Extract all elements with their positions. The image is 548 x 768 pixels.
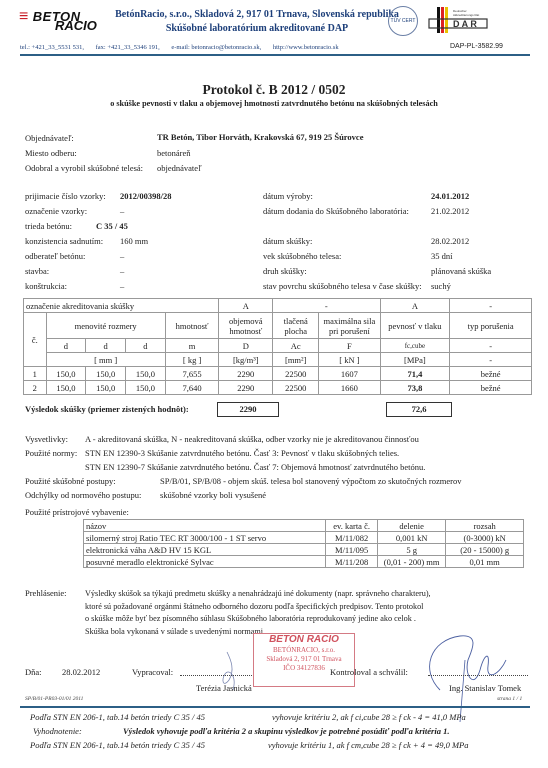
result-cell-type: bežné <box>450 381 532 395</box>
sampled-by-label: Odobral a vyrobil skúšobné telesá: <box>25 163 143 173</box>
criterion-2-rule: vyhovuje kritériu 2, ak f ci,cube 28 ≥ f… <box>272 712 466 722</box>
evaluation-label: Vyhodnotenie: <box>33 726 82 736</box>
unit-kg: [ kg ] <box>165 353 219 367</box>
symbol-d2: d <box>86 339 126 353</box>
criterion-1-basis: Podľa STN EN 206-1, tab.14 betón triedy … <box>30 740 205 750</box>
declaration-line: ktoré sú požadované orgánmi štátneho odb… <box>85 601 431 614</box>
result-cell-m: 7,655 <box>165 367 219 381</box>
procedures-label: Použité skúšobné postupy: <box>25 476 116 486</box>
col-number: č. <box>24 313 47 367</box>
equipment-cell: posuvné meradlo elektronické Sylvac <box>84 556 326 568</box>
result-cell-d3: 150,0 <box>126 381 166 395</box>
equipment-cell: 0,01 mm <box>446 556 524 568</box>
results-table: označenie akreditovania skúšky A - A - č… <box>23 298 532 395</box>
sample-field-label: dátum dodania do Skúšobného laboratória: <box>263 206 409 216</box>
equipment-cell: M/11/082 <box>326 532 378 544</box>
company-address: BetónRacio, s.r.o., Skladová 2, 917 01 T… <box>112 8 402 22</box>
equipment-cell: M/11/208 <box>326 556 378 568</box>
svg-text:D A R: D A R <box>453 19 477 29</box>
norm-1: STN EN 12390-3 Skúšanie zatvrdnutého bet… <box>85 448 399 458</box>
sample-field-value: – <box>120 266 124 276</box>
result-cell-d3: 150,0 <box>126 367 166 381</box>
sample-field-value: 28.02.2012 <box>431 236 469 246</box>
sample-field-value: plánovaná skúška <box>431 266 491 276</box>
lab-accreditation: Skúšobné laboratórium akreditované DAP <box>112 22 402 36</box>
result-cell-d: 2290 <box>219 381 273 395</box>
tuv-badge-label: TÜV CERT <box>391 18 416 24</box>
site-label: Miesto odberu: <box>25 148 77 158</box>
norm-2: STN EN 12390-7 Skúšanie zatvrdnutého bet… <box>85 462 425 472</box>
accreditation-row: označenie akreditovania skúšky A - A - <box>24 299 532 313</box>
stamp-logo-beton: BETON <box>269 634 304 645</box>
company-header: BetónRacio, s.r.o., Skladová 2, 917 01 T… <box>112 8 402 36</box>
sample-field-label: konzistencia sadnutím: <box>25 236 103 246</box>
unit-mm: [ mm ] <box>46 353 165 367</box>
sample-field-value: – <box>120 281 124 291</box>
equipment-row: silomerný stroj Ratio TEC RT 3000/100 - … <box>84 532 524 544</box>
sample-field-value: 2012/00398/28 <box>120 191 171 201</box>
sample-field-value: 160 mm <box>120 236 148 246</box>
fax: fax: +421_33_5346 191, <box>96 44 160 51</box>
evaluation-verdict: Výsledok vyhovuje podľa kritéria 2 a sku… <box>123 726 449 736</box>
sample-field-label: dátum výroby: <box>263 191 313 201</box>
unit-force: [ kN ] <box>319 353 380 367</box>
col-area: tlačená plocha <box>273 313 319 339</box>
sample-field-label: trieda betónu: <box>25 221 72 231</box>
date-label: Dňa: <box>25 667 42 677</box>
declaration-line: o skúške môže byť bez písomného súhlasu … <box>85 613 431 626</box>
phone: tel.: +421_33_5531 531, <box>20 44 84 51</box>
approved-signature-line <box>428 675 528 676</box>
unit-failure: - <box>450 353 532 367</box>
summary-label: Výsledok skúšky (priemer zistených hodnô… <box>25 404 189 414</box>
sample-field-value: suchý <box>431 281 451 291</box>
col-mass: hmotnosť <box>165 313 219 339</box>
accreditation-failure: - <box>450 299 532 313</box>
equipment-cell: M/11/095 <box>326 544 378 556</box>
sample-field-label: stav povrchu skúšobného telesa v čase sk… <box>263 281 422 291</box>
norms-label: Použité normy: <box>25 448 77 458</box>
sample-field-value: – <box>120 206 124 216</box>
symbol-D: D <box>219 339 273 353</box>
symbol-m: m <box>165 339 219 353</box>
col-density: objemová hmotnosť <box>219 313 273 339</box>
symbol-row: d d d m D Ac F fc,cube - <box>24 339 532 353</box>
company-stamp: BETON RACIO BETÓNRACIO, s.r.o. Skladová … <box>253 633 355 687</box>
declaration-line: Výsledky skúšok sa týkajú predmetu skúšk… <box>85 588 431 601</box>
result-cell-d: 2290 <box>219 367 273 381</box>
equipment-col-name: názov <box>84 520 326 532</box>
symbol-d3: d <box>126 339 166 353</box>
prepared-signature-line <box>180 675 252 676</box>
equipment-cell: silomerný stroj Ratio TEC RT 3000/100 - … <box>84 532 326 544</box>
dar-accreditation-logo-icon: D A R Deutscher Akkreditierungs Rat <box>427 5 489 35</box>
sample-field-value: 35 dní <box>431 251 453 261</box>
procedures-value: SP/B/01, SP/B/08 - objem skúš. telesa bo… <box>160 476 462 486</box>
declaration-text: Výsledky skúšok sa týkajú predmetu skúšk… <box>85 588 431 638</box>
sample-field-value: 24.01.2012 <box>431 191 469 201</box>
equipment-cell: 0,001 kN <box>378 532 446 544</box>
header-divider <box>20 54 530 56</box>
unit-strength: [MPa] <box>380 353 450 367</box>
prepared-name: Terézia Jasnická <box>196 683 252 693</box>
criterion-2-basis: Podľa STN EN 206-1, tab.14 betón triedy … <box>30 712 205 722</box>
symbol-failure: - <box>450 339 532 353</box>
accreditation-label: označenie akreditovania skúšky <box>24 299 219 313</box>
equipment-cell: (20 - 15000) g <box>446 544 524 556</box>
signature-approved-icon <box>410 630 520 725</box>
result-cell-ac: 22500 <box>273 367 319 381</box>
result-cell-f: 1660 <box>319 381 380 395</box>
symbol-Ac: Ac <box>273 339 319 353</box>
sample-field-value: C 35 / 45 <box>96 221 128 231</box>
footer-divider <box>20 706 530 708</box>
deviations-label: Odchýlky od normového postupu: <box>25 490 141 500</box>
symbol-F: F <box>319 339 380 353</box>
declaration-label: Prehlásenie: <box>25 588 67 598</box>
page-number: strana 1 / 1 <box>497 696 522 702</box>
orderer-label: Objednávateľ: <box>25 133 74 143</box>
result-cell-fc: 73,8 <box>380 381 450 395</box>
sample-field-label: druh skúšky: <box>263 266 307 276</box>
equipment-row: posuvné meradlo elektronické SylvacM/11/… <box>84 556 524 568</box>
protocol-title: Protokol č. B 2012 / 0502 <box>0 82 548 98</box>
site-value: betonáreň <box>157 148 191 158</box>
tuv-cert-badge-icon: TÜV CERT <box>388 6 418 36</box>
equipment-col-card: ev. karta č. <box>326 520 378 532</box>
equipment-cell: 5 g <box>378 544 446 556</box>
summary-density: 2290 <box>217 402 279 417</box>
sample-field-label: prijimacie číslo vzorky: <box>25 191 106 201</box>
result-cell-m: 7,640 <box>165 381 219 395</box>
equipment-row: elektronická váha A&D HV 15 KGLM/11/0955… <box>84 544 524 556</box>
result-cell-type: bežné <box>450 367 532 381</box>
result-row: 1150,0150,0150,07,655229022500160771,4be… <box>24 367 532 381</box>
col-failure: typ porušenia <box>450 313 532 339</box>
contact-line: tel.: +421_33_5531 531, fax: +421_33_534… <box>20 44 349 51</box>
result-cell-d1: 150,0 <box>46 381 86 395</box>
accreditation-code: DAP-PL-3582.99 <box>450 43 503 50</box>
logo-mark-icon: ≡ <box>19 8 28 25</box>
equipment-header-row: názov ev. karta č. delenie rozsah <box>84 520 524 532</box>
form-code: SP/B/01-PR03-01/01 2011 <box>25 696 83 702</box>
unit-area: [mm²] <box>273 353 319 367</box>
accreditation-density: A <box>219 299 273 313</box>
equipment-cell: (0-3000) kN <box>446 532 524 544</box>
equipment-table: názov ev. karta č. delenie rozsah silome… <box>83 519 524 568</box>
result-cell-d1: 150,0 <box>46 367 86 381</box>
result-cell-d2: 150,0 <box>86 367 126 381</box>
sample-field-label: vek skúšobného telesa: <box>263 251 341 261</box>
protocol-subtitle: o skúške pevnosti v tlaku a objemovej hm… <box>0 99 548 108</box>
col-force: maximálna sila pri porušení <box>319 313 380 339</box>
svg-text:Akkreditierungs Rat: Akkreditierungs Rat <box>453 13 479 17</box>
col-strength: pevnosť v tlaku <box>380 313 450 339</box>
result-cell-no: 2 <box>24 381 47 395</box>
result-cell-d2: 150,0 <box>86 381 126 395</box>
orderer-value: TR Betón, Tibor Horváth, Krakovská 67, 9… <box>157 132 363 142</box>
equipment-label: Použité prístrojové vybavenie: <box>25 507 129 517</box>
prepared-label: Vypracoval: <box>132 667 173 677</box>
unit-density: [kg/m³] <box>219 353 273 367</box>
approved-name: Ing. Stanislav Tomek <box>449 683 521 693</box>
sample-field-label: odberateľ betónu: <box>25 251 85 261</box>
legend-value: A - akreditovaná skúška, N - neakreditov… <box>85 434 419 444</box>
sample-field-label: označenie vzorky: <box>25 206 87 216</box>
accreditation-area-force: - <box>273 299 380 313</box>
company-logo: ≡ BETON RACIO <box>19 8 109 34</box>
accreditation-strength: A <box>380 299 450 313</box>
legend-label: Vysvetlivky: <box>25 434 68 444</box>
stamp-line: BETÓNRACIO, s.r.o. <box>254 646 354 655</box>
header-row: č. menovité rozmery hmotnosť objemová hm… <box>24 313 532 339</box>
sample-field-label: dátum skúšky: <box>263 236 312 246</box>
equipment-col-range: rozsah <box>446 520 524 532</box>
criterion-1-rule: vyhovuje kritériu 1, ak f cm,cube 28 ≥ f… <box>268 740 468 750</box>
sampled-by-value: objednávateľ <box>157 163 202 173</box>
symbol-fc: fc,cube <box>380 339 450 353</box>
email-link[interactable]: e-mail: betonracio@betonracio.sk, <box>171 44 261 51</box>
result-cell-f: 1607 <box>319 367 380 381</box>
sample-field-label: konštrukcia: <box>25 281 67 291</box>
sample-field-value: – <box>120 251 124 261</box>
summary-strength: 72,6 <box>386 402 452 417</box>
deviations-value: skúšobné vzorky boli vysušené <box>160 490 266 500</box>
stamp-line: Skladová 2, 917 01 Trnava <box>254 655 354 664</box>
stamp-logo: BETON RACIO <box>254 634 354 646</box>
equipment-cell: (0,01 - 200) mm <box>378 556 446 568</box>
symbol-d1: d <box>46 339 86 353</box>
unit-row: [ mm ] [ kg ] [kg/m³] [mm²] [ kN ] [MPa]… <box>24 353 532 367</box>
sample-field-label: stavba: <box>25 266 49 276</box>
equipment-cell: elektronická váha A&D HV 15 KGL <box>84 544 326 556</box>
equipment-col-division: delenie <box>378 520 446 532</box>
result-cell-ac: 22500 <box>273 381 319 395</box>
result-cell-no: 1 <box>24 367 47 381</box>
approved-label: Kontroloval a schválil: <box>330 667 408 677</box>
logo-text-racio: RACIO <box>55 18 97 33</box>
website-link[interactable]: http://www.betonracio.sk <box>273 44 339 51</box>
stamp-logo-racio: RACIO <box>307 634 339 645</box>
col-dimensions: menovité rozmery <box>46 313 165 339</box>
result-cell-fc: 71,4 <box>380 367 450 381</box>
date-value: 28.02.2012 <box>62 667 100 677</box>
result-row: 2150,0150,0150,07,640229022500166073,8be… <box>24 381 532 395</box>
sample-field-value: 21.02.2012 <box>431 206 469 216</box>
